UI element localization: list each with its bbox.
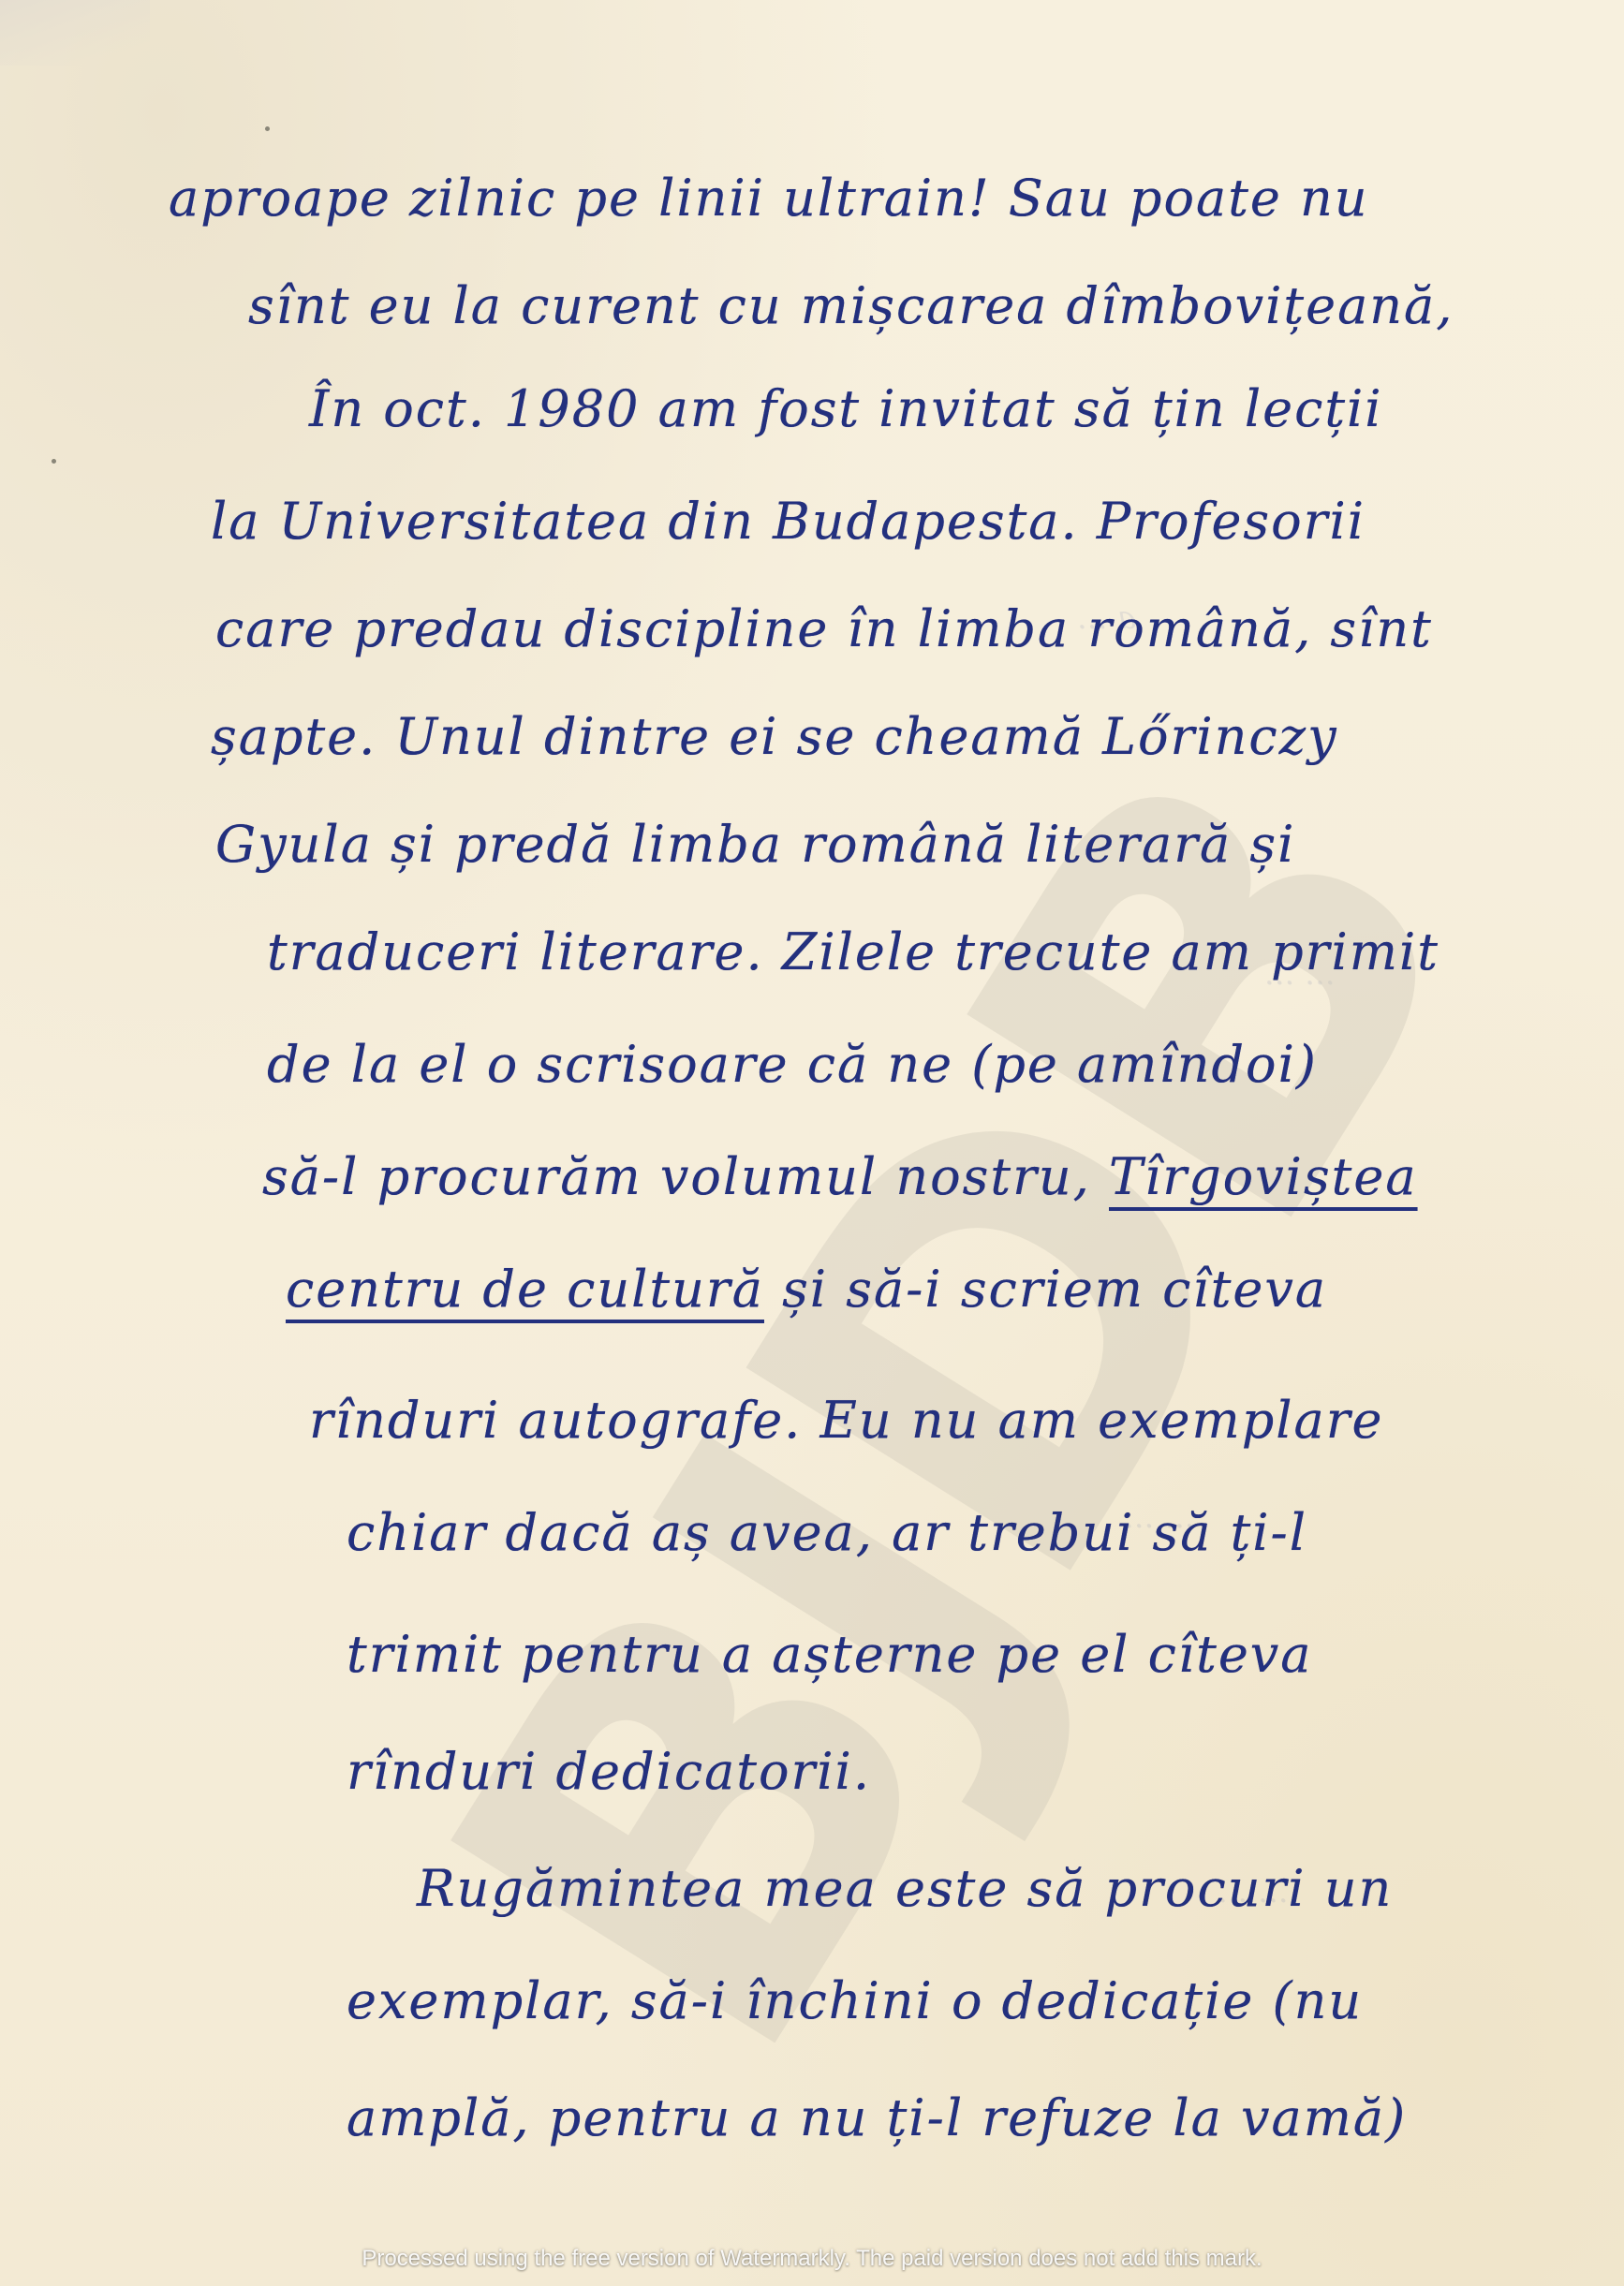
underlined-title-part-1: Tîrgoviștea xyxy=(1109,1147,1418,1206)
letter-line-11: centru de cultură și să-i scriem cîteva xyxy=(286,1260,1327,1319)
letter-line-2: sînt eu la curent cu mișcarea dîmbovițea… xyxy=(248,276,1454,335)
letter-line-10: să-l procurăm volumul nostru, Tîrgoviște… xyxy=(262,1147,1418,1206)
letter-line-16: Rugămintea mea este să procuri un xyxy=(417,1859,1393,1918)
watermarkly-footer-notice: Processed using the free version of Wate… xyxy=(0,2246,1624,2272)
line-11-text: și să-i scriem cîteva xyxy=(782,1260,1327,1319)
underlined-title-part-2: centru de cultură xyxy=(286,1260,764,1319)
letter-line-15: rînduri dedicatorii. xyxy=(347,1742,871,1801)
letter-line-18: amplă, pentru a nu ți-l refuze la vamă) xyxy=(347,2088,1407,2147)
line-10-text: să-l procurăm volumul nostru, xyxy=(262,1147,1091,1206)
letter-line-12: rînduri autografe. Eu nu am exemplare xyxy=(309,1391,1384,1450)
letter-line-9: de la el o scrisoare că ne (pe amîndoi) xyxy=(267,1035,1318,1094)
letter-line-4: la Universitatea din Budapesta. Profesor… xyxy=(211,492,1366,551)
letter-line-8: traduceri literare. Zilele trecute am pr… xyxy=(267,922,1439,981)
letter-line-1: aproape zilnic pe linii ultrain! Sau poa… xyxy=(169,169,1369,228)
ink-speck xyxy=(52,459,56,464)
letter-line-17: exemplar, să-i închini o dedicație (nu xyxy=(347,1971,1363,2030)
letter-line-6: șapte. Unul dintre ei se cheamă Lőrinczy xyxy=(211,707,1338,766)
ink-speck xyxy=(265,126,270,131)
letter-line-13: chiar dacă aș avea, ar trebui să ți-l xyxy=(347,1503,1307,1562)
letter-line-7: Gyula și predă limba română literară și xyxy=(215,815,1295,874)
letter-line-14: trimit pentru a așterne pe el cîteva xyxy=(347,1625,1312,1684)
letter-line-3: În oct. 1980 am fost invitat să țin lecț… xyxy=(309,379,1383,438)
letter-line-5: care predau discipline în limba română, … xyxy=(215,599,1433,658)
